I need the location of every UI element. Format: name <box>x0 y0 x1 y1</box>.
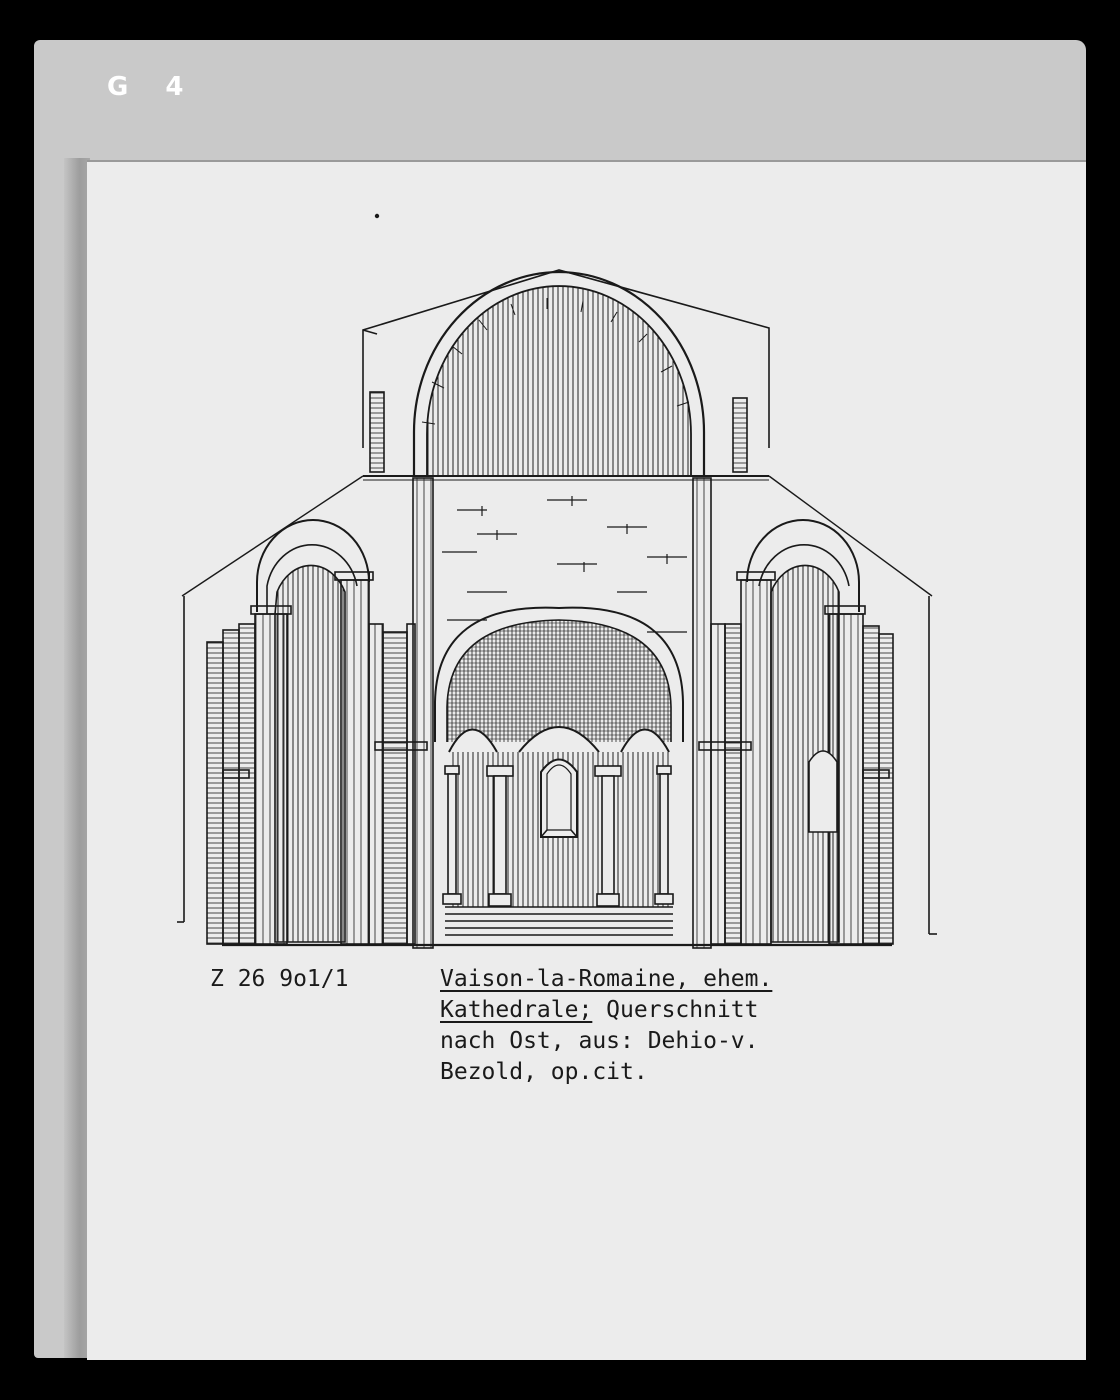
right-central-pier <box>693 478 711 948</box>
catalog-reference: Z 26 9o1/1 <box>210 964 348 995</box>
paper-sheet: Z 26 9o1/1 Vaison-la-Romaine, ehem. Kath… <box>87 160 1086 1360</box>
steps <box>445 907 673 935</box>
caption-line-2-rest: Querschnitt <box>592 997 758 1023</box>
caption-line-2-underlined: Kathedrale; <box>440 997 592 1023</box>
caption-line-4: Bezold, op.cit. <box>440 1057 772 1088</box>
card-label: G 4 <box>107 72 197 102</box>
caption-description: Vaison-la-Romaine, ehem. Kathedrale; Que… <box>440 964 772 1088</box>
caption-line-3: nach Ost, aus: Dehio-v. <box>440 1026 772 1057</box>
left-central-pier <box>413 478 433 948</box>
caption-line-1: Vaison-la-Romaine, ehem. <box>440 966 772 992</box>
cathedral-cross-section-drawing <box>87 162 1086 952</box>
archive-card: G 4 <box>34 40 1086 1358</box>
